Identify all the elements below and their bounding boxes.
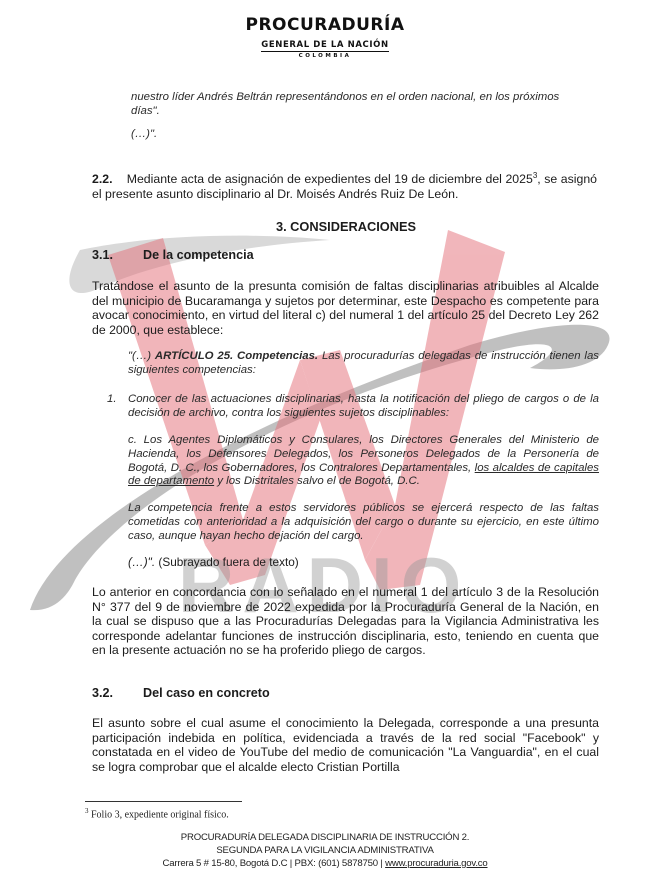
footer-line-2: SEGUNDA PARA LA VIGILANCIA ADMINISTRATIV… <box>0 845 650 857</box>
footer-address: Carrera 5 # 15-80, Bogotá D.C | PBX: (60… <box>162 858 385 869</box>
footer-website-link[interactable]: www.procuraduria.gov.co <box>385 858 487 869</box>
footer-line-3: Carrera 5 # 15-80, Bogotá D.C | PBX: (60… <box>0 858 650 870</box>
quote-tail-line2: días". <box>131 105 601 119</box>
section-2-2-paragraph: 2.2. Mediante acta de asignación de expe… <box>92 168 597 202</box>
quote-tail: nuestro líder Andrés Beltrán representán… <box>131 91 601 119</box>
section-3-1-title: De la competencia <box>143 248 254 262</box>
section-3-2-heading: 3.2.Del caso en concreto <box>92 686 270 701</box>
footer-line-1: PROCURADURÍA DELEGADA DISCIPLINARIA DE I… <box>0 832 650 844</box>
footnote-text: Folio 3, expediente original físico. <box>89 809 229 820</box>
section-3-title: 3. CONSIDERACIONES <box>0 219 650 234</box>
section-3-1-paragraph: Tratándose el asunto de la presunta comi… <box>92 279 599 337</box>
quote-tail-ellipsis: (…)". <box>131 128 157 142</box>
concordancia-paragraph: Lo anterior en concordancia con lo señal… <box>92 585 599 658</box>
logo-sub-text: GENERAL DE LA NACIÓN <box>261 41 388 52</box>
item-1-text: Conocer de las actuaciones disciplinaria… <box>128 393 599 421</box>
article-open-quote: "(…) <box>128 350 155 362</box>
quote-close-note: (Subrayado fuera de texto) <box>155 555 299 569</box>
competencia-paragraph: La competencia frente a estos servidores… <box>128 502 599 543</box>
section-2-2-text-a: Mediante acta de asignación de expedient… <box>127 172 533 186</box>
section-3-2-number: 3.2. <box>92 686 113 700</box>
article-25-quote: "(…) ARTÍCULO 25. Competencias. Las proc… <box>128 350 599 378</box>
quote-close: (…)". (Subrayado fuera de texto) <box>128 555 299 570</box>
section-3-1-number: 3.1. <box>92 248 113 262</box>
section-3-2-title: Del caso en concreto <box>143 686 270 700</box>
item-c-text-b: y los Distritales salvo el de Bogotá, D.… <box>214 475 420 487</box>
document-page: RADIO PROCURADURÍA GENERAL DE LA NACIÓN … <box>0 0 650 875</box>
footnote-3: 3 Folio 3, expediente original físico. <box>85 807 229 820</box>
item-1-number: 1. <box>107 393 117 407</box>
document-content: PROCURADURÍA GENERAL DE LA NACIÓN COLOMB… <box>0 0 650 875</box>
article-25-title: ARTÍCULO 25. Competencias. <box>155 350 318 362</box>
quote-close-ellipsis: (…)". <box>128 555 155 569</box>
logo-main-text: PROCURADURÍA <box>0 16 650 34</box>
section-2-2-number: 2.2. <box>92 172 113 186</box>
quote-tail-line1: nuestro líder Andrés Beltrán representán… <box>131 91 601 105</box>
item-c-text: c. Los Agentes Diplomáticos y Consulares… <box>128 434 599 489</box>
procuraduria-logo: PROCURADURÍA GENERAL DE LA NACIÓN COLOMB… <box>0 16 650 61</box>
section-3-1-heading: 3.1.De la competencia <box>92 248 254 263</box>
footnote-divider <box>85 801 242 802</box>
section-3-2-paragraph: El asunto sobre el cual asume el conocim… <box>92 716 599 774</box>
logo-country-text: COLOMBIA <box>0 52 650 61</box>
